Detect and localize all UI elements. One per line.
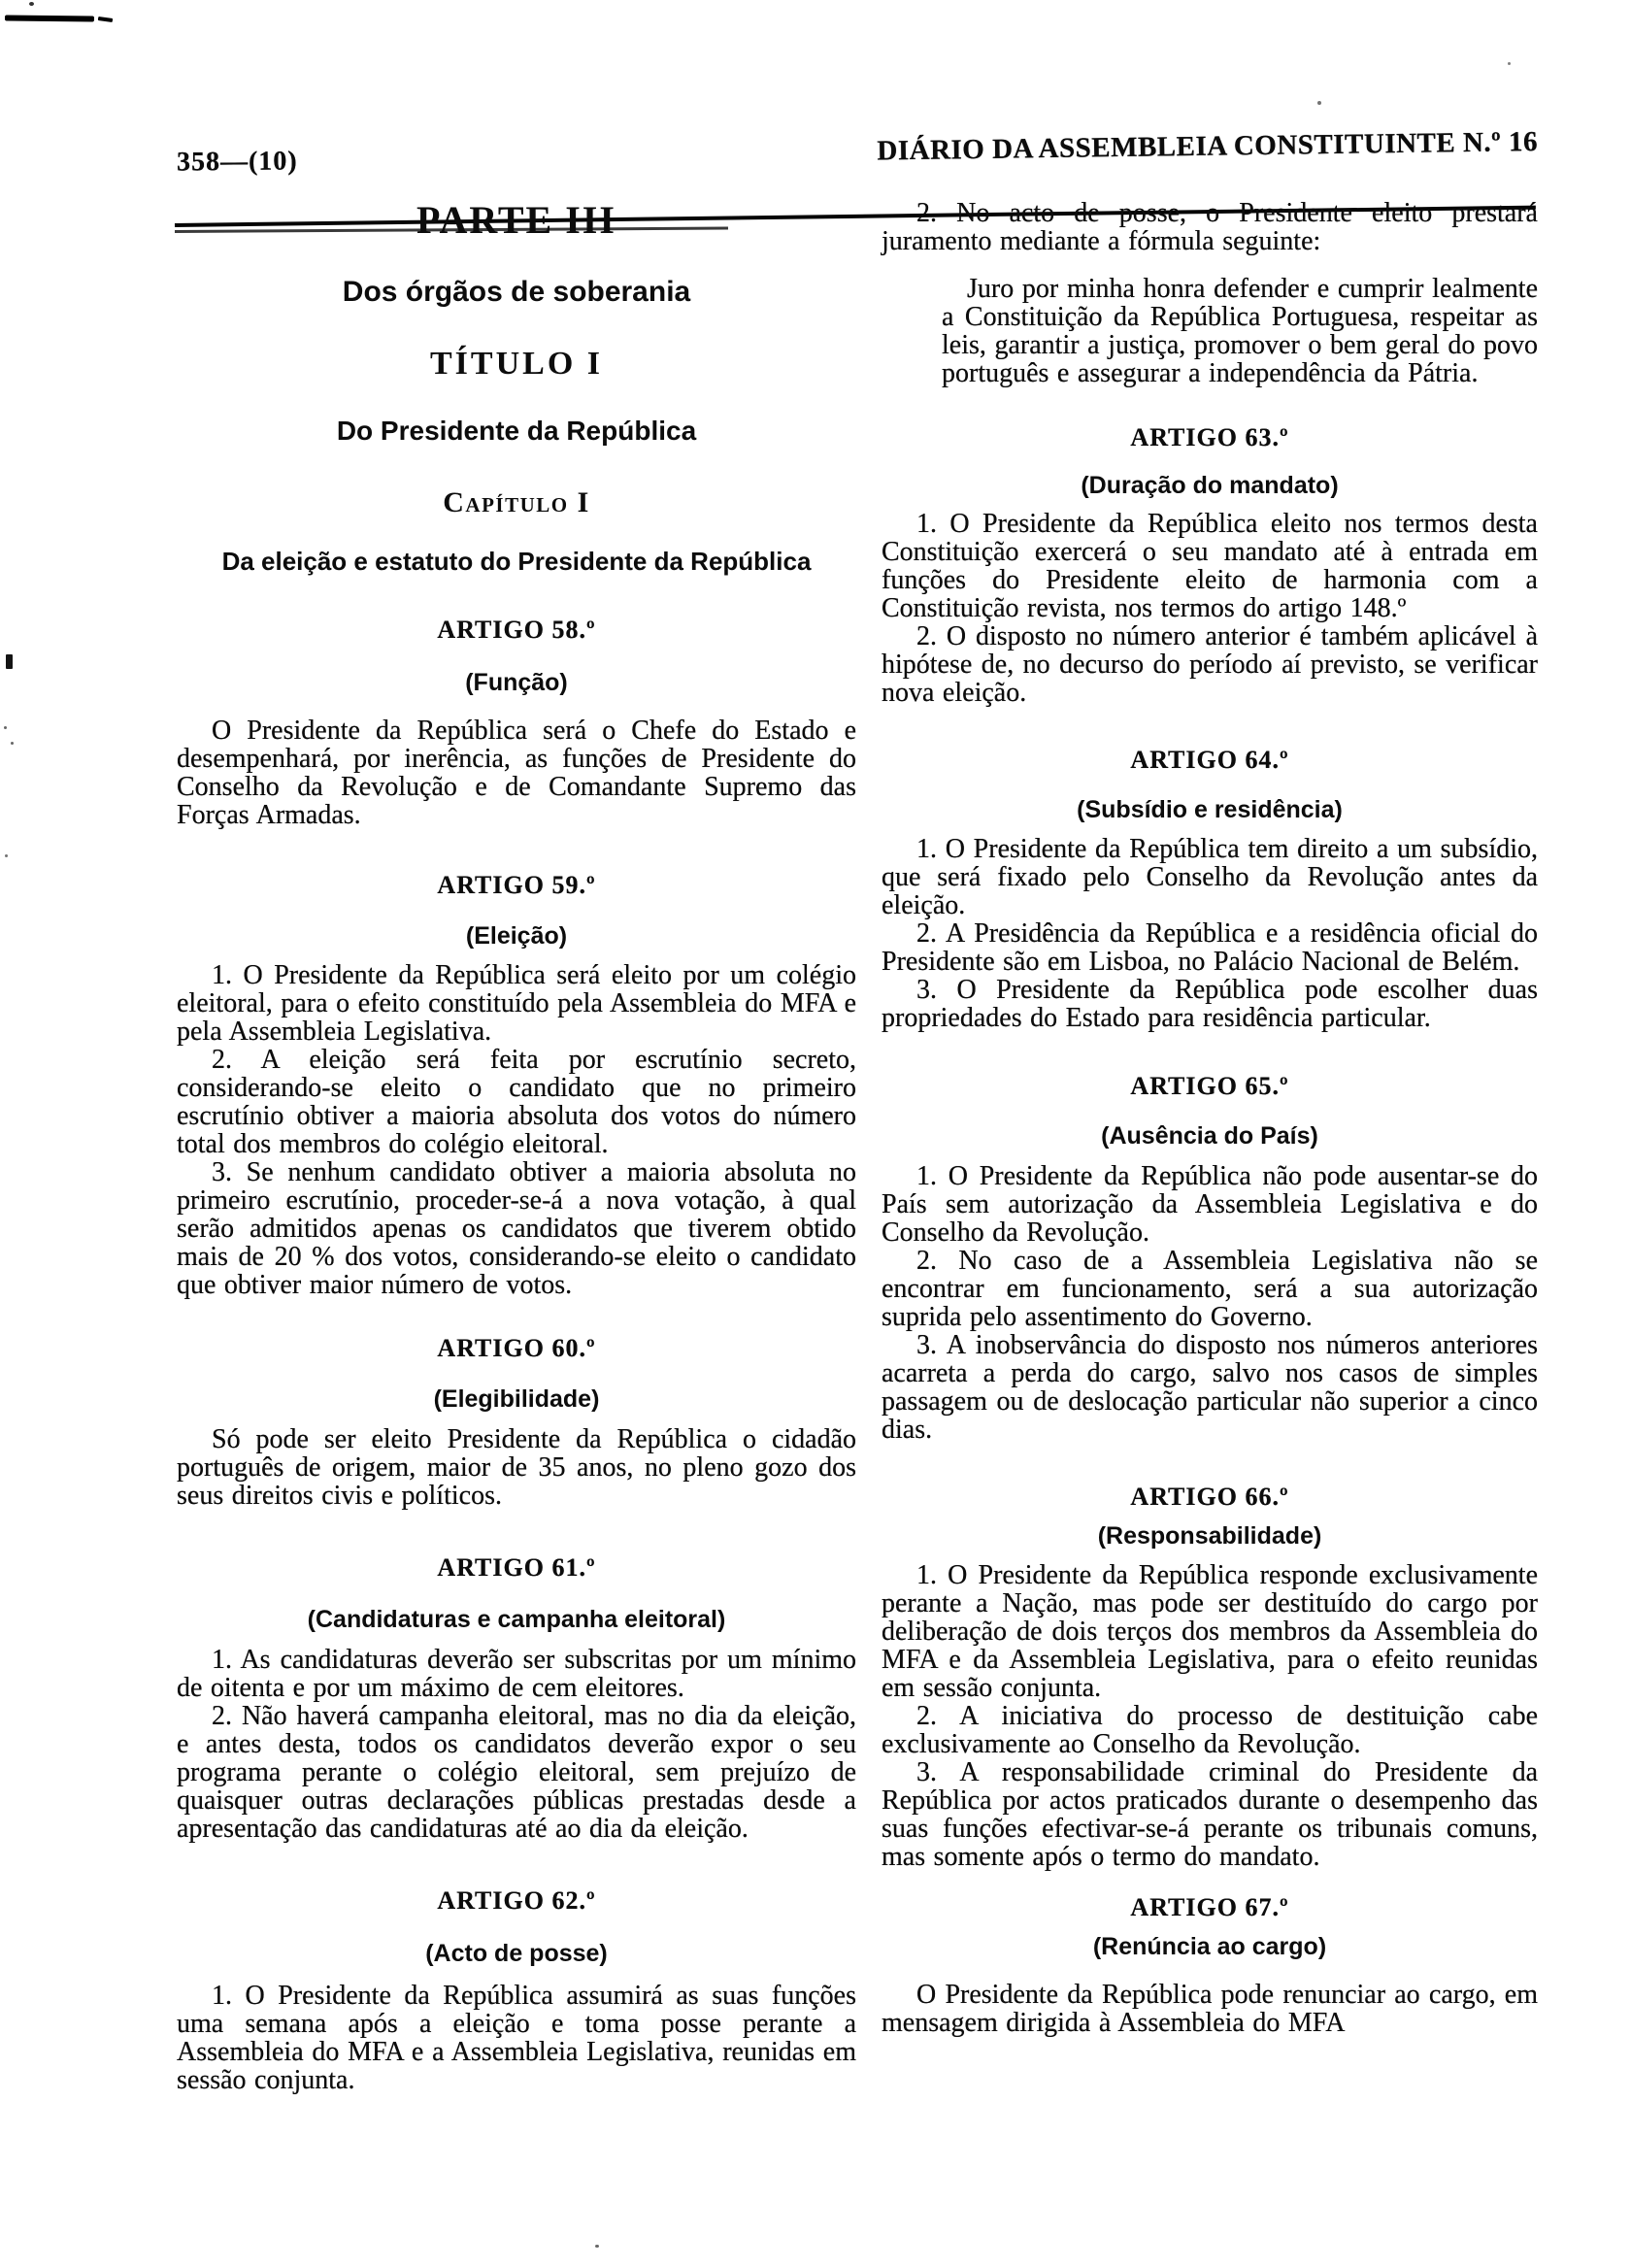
article-60-caption: (Elegibilidade) [177,1386,856,1413]
article-64-title: ARTIGO 64.º [882,747,1538,774]
article-60-paragraph-1: Só pode ser eleito Presidente da Repúbli… [177,1425,856,1510]
article-66-paragraph-3: 3. A responsabilidade criminal do Presid… [882,1758,1538,1871]
chapter-heading: Capítulo I [177,487,856,518]
article-66-paragraph-1: 1. O Presidente da República responde ex… [882,1561,1538,1702]
scan-artifact-dot [5,854,8,857]
oath-block: Juro por minha honra defender e cumprir … [882,275,1538,387]
article-66-paragraph-2: 2. A iniciativa do processo de destituiç… [882,1702,1538,1758]
article-63-title: ARTIGO 63.º [882,424,1538,451]
article-64-paragraph-2: 2. A Presidência da República e a residê… [882,919,1538,976]
column-left: PARTE III Dos órgãos de soberania TÍTULO… [177,199,856,2094]
title-heading: TÍTULO I [177,347,856,382]
article-62-paragraph-1: 1. O Presidente da República assumirá as… [177,1982,856,2094]
article-58-caption: (Função) [177,670,856,696]
article-62-caption: (Acto de posse) [177,1941,856,1967]
article-63-paragraph-2: 2. O disposto no número anterior é també… [882,622,1538,707]
scan-artifact-dot [29,2,34,6]
article-59-paragraph-2: 2. A eleição será feita por escrutínio s… [177,1046,856,1158]
column-right: 2. No acto de posse, o Presidente eleito… [882,199,1538,2037]
article-61-title: ARTIGO 61.º [177,1554,856,1582]
page-number: 358—(10) [177,147,298,177]
article-59-paragraph-1: 1. O Presidente da República será eleito… [177,961,856,1046]
article-62-title: ARTIGO 62.º [177,1887,856,1915]
article-58-paragraph-1: O Presidente da República será o Chefe d… [177,717,856,829]
scan-artifact-dot [595,2245,599,2248]
scan-artifact-dot [1317,101,1321,105]
article-64-paragraph-3: 3. O Presidente da República pode escolh… [882,976,1538,1032]
article-67-title: ARTIGO 67.º [882,1894,1538,1921]
article-65-paragraph-2: 2. No caso de a Assembleia Legislativa n… [882,1247,1538,1331]
part-subheading: Dos órgãos de soberania [177,277,856,308]
article-58-title: ARTIGO 58.º [177,617,856,644]
title-subheading: Do Presidente da República [177,417,856,446]
article-66-title: ARTIGO 66.º [882,1484,1538,1511]
journal-title: DIÁRIO DA ASSEMBLEIA CONSTITUINTE N.º 16 [874,127,1538,167]
article-59-title: ARTIGO 59.º [177,872,856,899]
article-61-caption: (Candidaturas e campanha eleitoral) [177,1607,856,1633]
article-67-caption: (Renúncia ao cargo) [882,1934,1538,1960]
article-61-paragraph-2: 2. Não haverá campanha eleitoral, mas no… [177,1702,856,1843]
article-59-caption: (Eleição) [177,923,856,950]
article-64-paragraph-1: 1. O Presidente da República tem direito… [882,835,1538,919]
scan-artifact-margin-mark [6,654,13,669]
scan-artifact-top-line [5,16,94,22]
scan-artifact-dot [1508,62,1511,65]
article-59-paragraph-3: 3. Se nenhum candidato obtiver a maioria… [177,1158,856,1299]
article-62-paragraph-2: 2. No acto de posse, o Presidente eleito… [882,199,1538,255]
scanned-document-page: 358—(10) DIÁRIO DA ASSEMBLEIA CONSTITUIN… [0,0,1631,2268]
article-63-paragraph-1: 1. O Presidente da República eleito nos … [882,510,1538,622]
article-60-title: ARTIGO 60.º [177,1335,856,1362]
article-63-caption: (Duração do mandato) [882,473,1538,499]
article-64-caption: (Subsídio e residência) [882,797,1538,823]
article-65-paragraph-1: 1. O Presidente da República não pode au… [882,1162,1538,1247]
article-67-paragraph-1: O Presidente da República pode renunciar… [882,1981,1538,2037]
article-66-caption: (Responsabilidade) [882,1523,1538,1550]
scan-artifact-dot [4,726,7,729]
article-65-paragraph-3: 3. A inobservância do disposto nos númer… [882,1331,1538,1444]
article-65-caption: (Ausência do País) [882,1123,1538,1150]
scan-artifact-dot [11,742,14,745]
part-heading: PARTE III [177,199,856,242]
scan-artifact-top-tick [98,17,113,22]
article-61-paragraph-1: 1. As candidaturas deverão ser subscrita… [177,1646,856,1702]
chapter-subheading: Da eleição e estatuto do Presidente da R… [177,548,856,575]
article-65-title: ARTIGO 65.º [882,1073,1538,1100]
